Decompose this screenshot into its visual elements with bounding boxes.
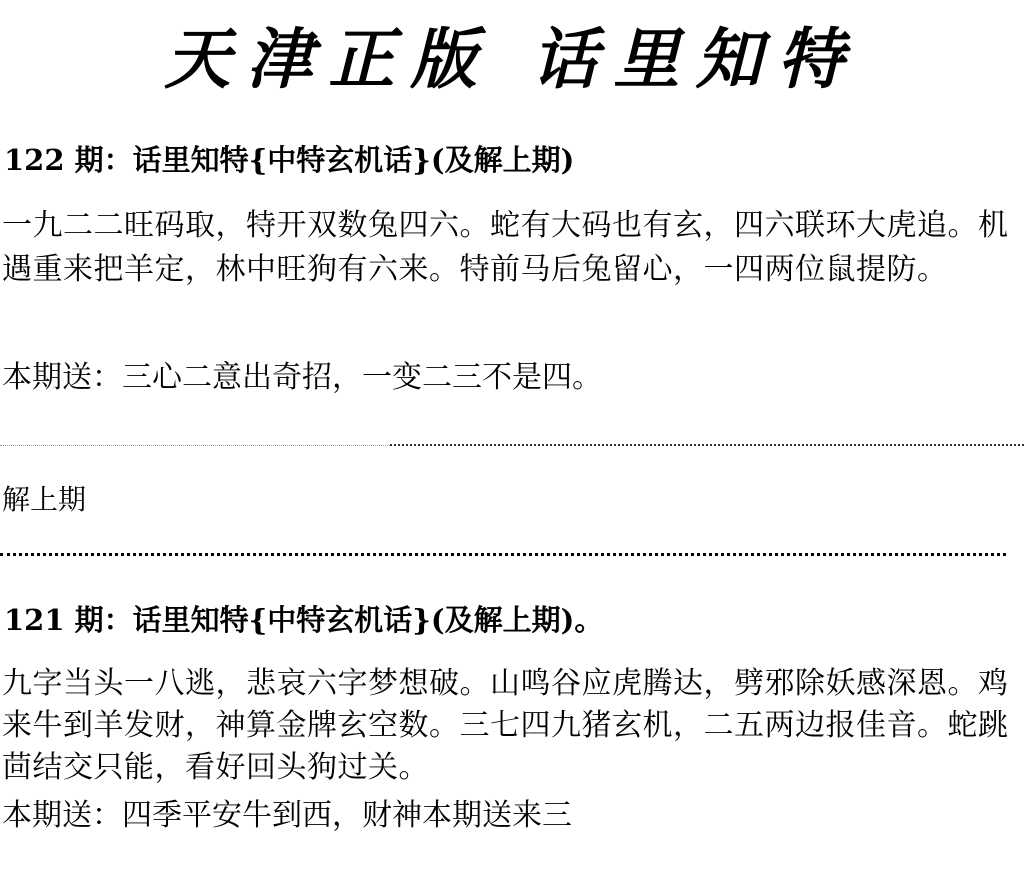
issue-121-heading: 121 期：话里知特{中特玄机话}(及解上期)。: [4, 600, 603, 640]
issue-121-gift: 本期送：四季平安牛到西，财神本期送来三: [2, 796, 572, 836]
answer-previous-label: 解上期: [2, 480, 86, 520]
divider-dotted-heavy: [0, 553, 1006, 556]
divider-dotted: [390, 444, 1024, 446]
issue-122-gift: 本期送：三心二意出奇招，一变二三不是四。: [2, 358, 602, 398]
issue-122-heading: 122 期：话里知特{中特玄机话}(及解上期): [4, 140, 574, 180]
page-title: 天津正版 话里知特: [0, 14, 1024, 104]
issue-121-body: 九字当头一八逃，悲哀六字梦想破。山鸣谷应虎腾达，劈邪除妖感深恩。鸡来牛到羊发财，…: [2, 663, 1024, 789]
divider-dotted: [0, 445, 390, 446]
issue-122-body: 一九二二旺码取，特开双数兔四六。蛇有大码也有玄，四六联环大虎追。机遇重来把羊定，…: [2, 204, 1024, 292]
